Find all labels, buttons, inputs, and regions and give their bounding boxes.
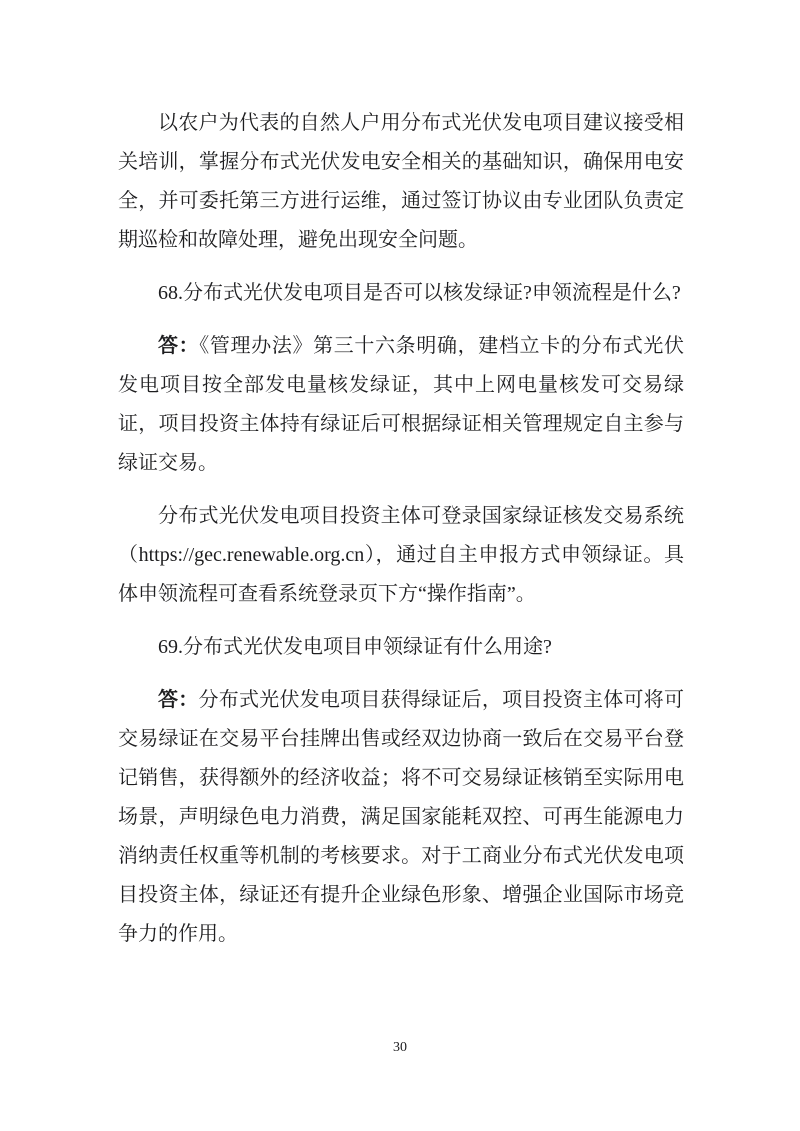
paragraph-text: 以农户为代表的自然人户用分布式光伏发电项目建议接受相关培训，掌握分布式光伏发电安… (118, 112, 684, 251)
answer-paragraph-68: 答：《管理办法》第三十六条明确，建档立卡的分布式光伏发电项目按全部发电量核发绿证… (118, 327, 684, 483)
question-text: 68.分布式光伏发电项目是否可以核发绿证?申领流程是什么? (158, 282, 681, 304)
question-heading-68: 68.分布式光伏发电项目是否可以核发绿证?申领流程是什么? (118, 274, 684, 313)
answer-text: 《管理办法》第三十六条明确，建档立卡的分布式光伏发电项目按全部发电量核发绿证，其… (118, 335, 684, 474)
page-text-content: 以农户为代表的自然人户用分布式光伏发电项目建议接受相关培训，掌握分布式光伏发电安… (118, 104, 684, 968)
question-text: 69.分布式光伏发电项目申领绿证有什么用途? (158, 636, 552, 658)
answer-paragraph-69: 答：分布式光伏发电项目获得绿证后，项目投资主体可将可交易绿证在交易平台挂牌出售或… (118, 681, 684, 954)
answer-prefix: 答： (158, 335, 199, 357)
page-number: 30 (0, 1040, 800, 1056)
document-page: 以农户为代表的自然人户用分布式光伏发电项目建议接受相关培训，掌握分布式光伏发电安… (0, 0, 800, 1131)
answer-prefix: 答： (158, 689, 198, 711)
answer-text: 分布式光伏发电项目获得绿证后，项目投资主体可将可交易绿证在交易平台挂牌出售或经双… (118, 689, 684, 945)
body-paragraph: 以农户为代表的自然人户用分布式光伏发电项目建议接受相关培训，掌握分布式光伏发电安… (118, 104, 684, 260)
url-text: https://gec.renewable.org.cn (139, 544, 365, 566)
body-paragraph-with-url: 分布式光伏发电项目投资主体可登录国家绿证核发交易系统（https://gec.r… (118, 497, 684, 614)
question-heading-69: 69.分布式光伏发电项目申领绿证有什么用途? (118, 628, 684, 667)
